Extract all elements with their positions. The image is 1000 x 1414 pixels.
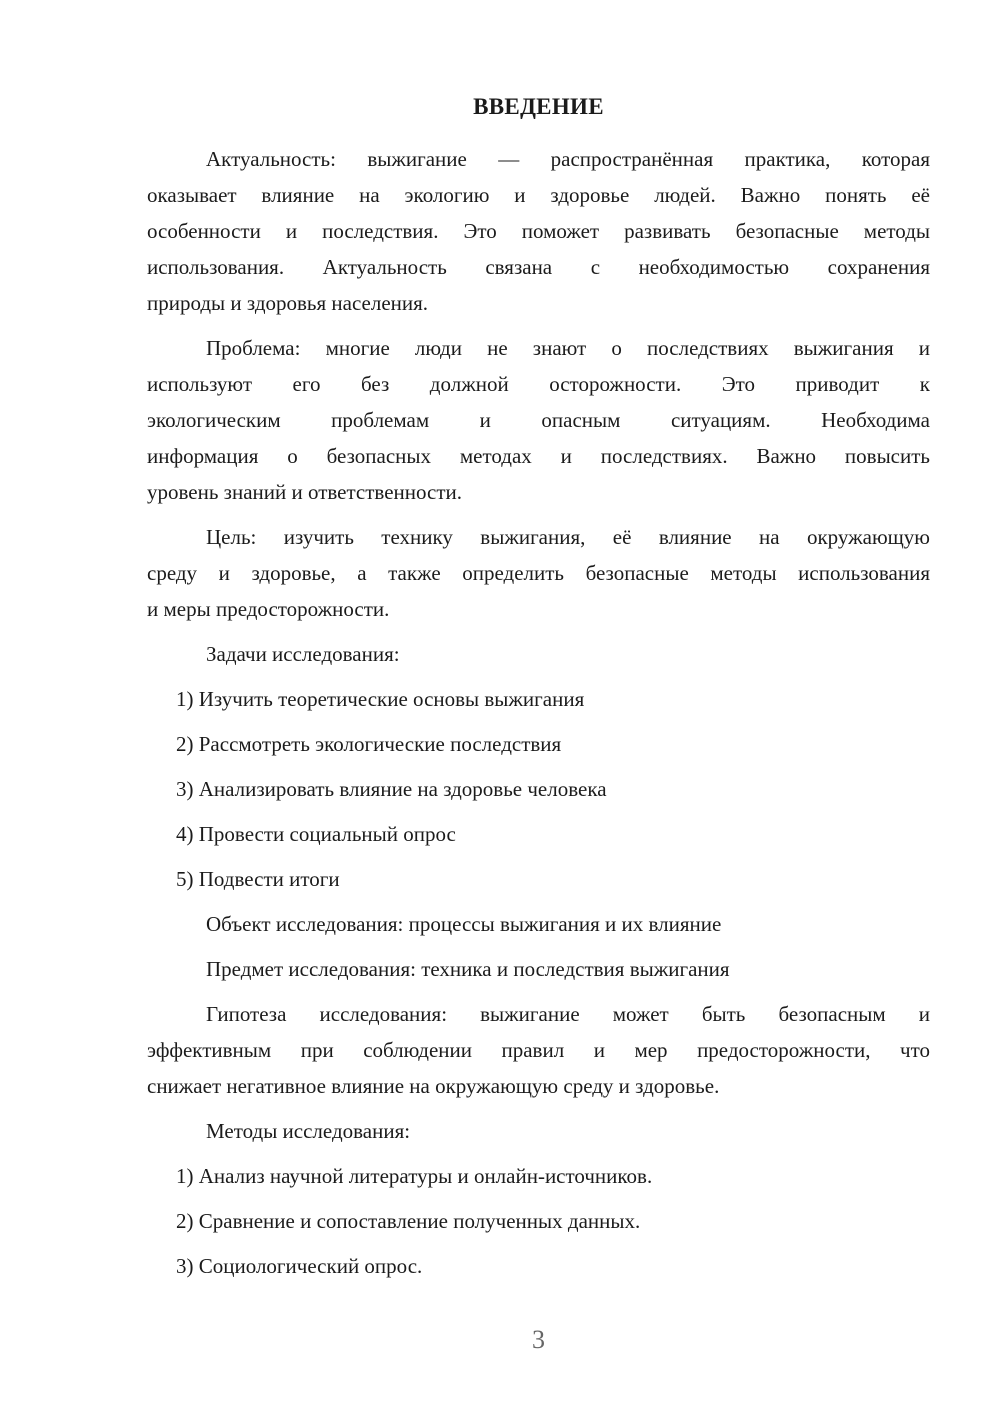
document-page: ВВЕДЕНИЕ Актуальность: выжигание — распр… [0, 0, 1000, 1414]
paragraph: Объект исследования: процессы выжигания … [147, 906, 930, 942]
text-line: информация о безопасных методах и послед… [147, 438, 930, 474]
text-line: Объект исследования: процессы выжигания … [147, 906, 930, 942]
list-item: 2) Рассмотреть экологические последствия [147, 726, 930, 762]
document-content: ВВЕДЕНИЕ Актуальность: выжигание — распр… [147, 89, 930, 1293]
text-line: экологическим проблемам и опасным ситуац… [147, 402, 930, 438]
text-line: Актуальность: выжигание — распространённ… [147, 141, 930, 177]
list-item: 4) Провести социальный опрос [147, 816, 930, 852]
list-item: 2) Сравнение и сопоставление полученных … [147, 1203, 930, 1239]
text-line: снижает негативное влияние на окружающую… [147, 1068, 930, 1104]
text-line: среду и здоровье, а также определить без… [147, 555, 930, 591]
text-line: 2) Сравнение и сопоставление полученных … [147, 1203, 930, 1239]
text-line: 3) Социологический опрос. [147, 1248, 930, 1284]
document-body: Актуальность: выжигание — распространённ… [147, 141, 930, 1284]
text-line: используют его без должной осторожности.… [147, 366, 930, 402]
text-line: Предмет исследования: техника и последст… [147, 951, 930, 987]
list-item: 5) Подвести итоги [147, 861, 930, 897]
paragraph: Предмет исследования: техника и последст… [147, 951, 930, 987]
text-line: эффективным при соблюдении правил и мер … [147, 1032, 930, 1068]
paragraph: Гипотеза исследования: выжигание может б… [147, 996, 930, 1104]
text-line: и меры предосторожности. [147, 591, 930, 627]
page-title: ВВЕДЕНИЕ [147, 89, 930, 125]
page-number: 3 [147, 1322, 930, 1358]
text-line: использования. Актуальность связана с не… [147, 249, 930, 285]
text-line: особенности и последствия. Это поможет р… [147, 213, 930, 249]
text-line: оказывает влияние на экологию и здоровье… [147, 177, 930, 213]
text-line: уровень знаний и ответственности. [147, 474, 930, 510]
text-line: 5) Подвести итоги [147, 861, 930, 897]
text-line: 4) Провести социальный опрос [147, 816, 930, 852]
paragraph: Проблема: многие люди не знают о последс… [147, 330, 930, 510]
text-line: 1) Изучить теоретические основы выжигани… [147, 681, 930, 717]
text-line: Цель: изучить технику выжигания, её влия… [147, 519, 930, 555]
paragraph: Методы исследования: [147, 1113, 930, 1149]
text-line: Проблема: многие люди не знают о последс… [147, 330, 930, 366]
list-item: 1) Изучить теоретические основы выжигани… [147, 681, 930, 717]
paragraph: Цель: изучить технику выжигания, её влия… [147, 519, 930, 627]
paragraph: Задачи исследования: [147, 636, 930, 672]
text-line: природы и здоровья населения. [147, 285, 930, 321]
text-line: 1) Анализ научной литературы и онлайн-ис… [147, 1158, 930, 1194]
list-item: 3) Социологический опрос. [147, 1248, 930, 1284]
list-item: 3) Анализировать влияние на здоровье чел… [147, 771, 930, 807]
text-line: Гипотеза исследования: выжигание может б… [147, 996, 930, 1032]
text-line: Задачи исследования: [147, 636, 930, 672]
paragraph: Актуальность: выжигание — распространённ… [147, 141, 930, 321]
text-line: Методы исследования: [147, 1113, 930, 1149]
text-line: 3) Анализировать влияние на здоровье чел… [147, 771, 930, 807]
text-line: 2) Рассмотреть экологические последствия [147, 726, 930, 762]
list-item: 1) Анализ научной литературы и онлайн-ис… [147, 1158, 930, 1194]
